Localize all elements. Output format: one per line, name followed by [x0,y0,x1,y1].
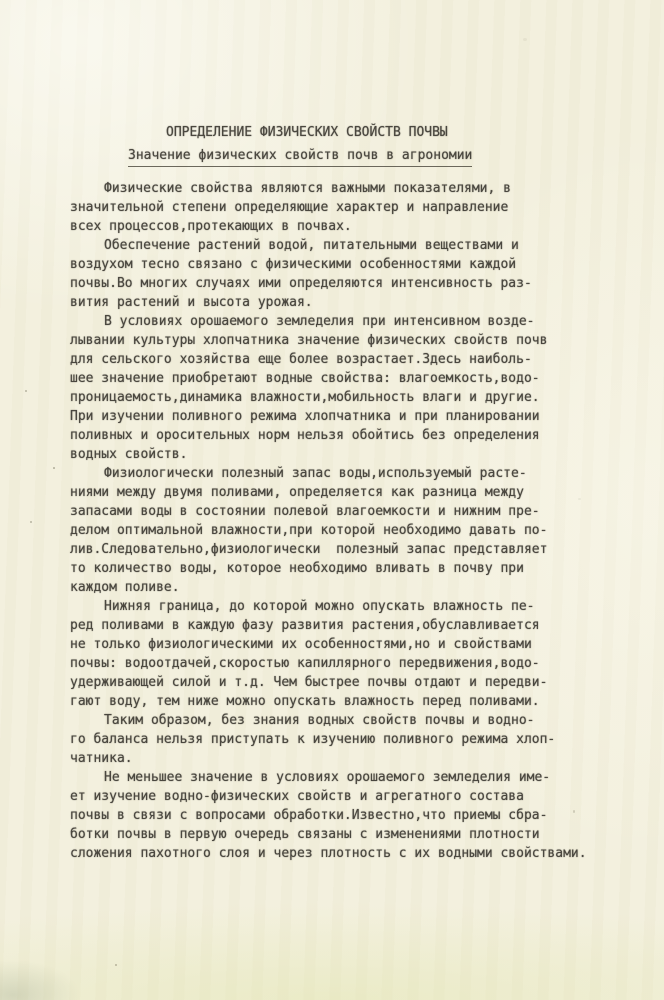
paper-speck [30,521,32,523]
paragraph: Таким образом, без знания водных свойств… [70,711,605,768]
page-body: Физические свойства являются важными пок… [70,179,605,863]
page-subtitle: Значение физических свойств почв в агрон… [128,149,472,167]
paragraph: В условиях орошаемого земледелия при инт… [70,312,605,464]
paragraph: Обеспечение растений водой, питательными… [70,236,605,312]
page-title: ОПРЕДЕЛЕНИЕ ФИЗИЧЕСКИХ СВОЙСТВ ПОЧВЫ [166,126,605,140]
scanned-page: ОПРЕДЕЛЕНИЕ ФИЗИЧЕСКИХ СВОЙСТВ ПОЧВЫ Зна… [0,0,664,1000]
paper-speck [25,390,27,392]
paper-speck [573,810,575,813]
paper-speck [115,964,117,966]
paragraph: Не меньшее значение в условиях орошаемог… [70,768,605,863]
paragraph: Физические свойства являются важными пок… [70,179,605,236]
paper-speck [523,38,527,41]
paper-speck [53,467,55,469]
paper-speck [578,498,581,500]
paragraph: Нижняя граница, до которой можно опускат… [70,597,605,711]
paragraph: Физиологически полезный запас воды,испол… [70,464,605,597]
page-content: ОПРЕДЕЛЕНИЕ ФИЗИЧЕСКИХ СВОЙСТВ ПОЧВЫ Зна… [70,126,605,863]
